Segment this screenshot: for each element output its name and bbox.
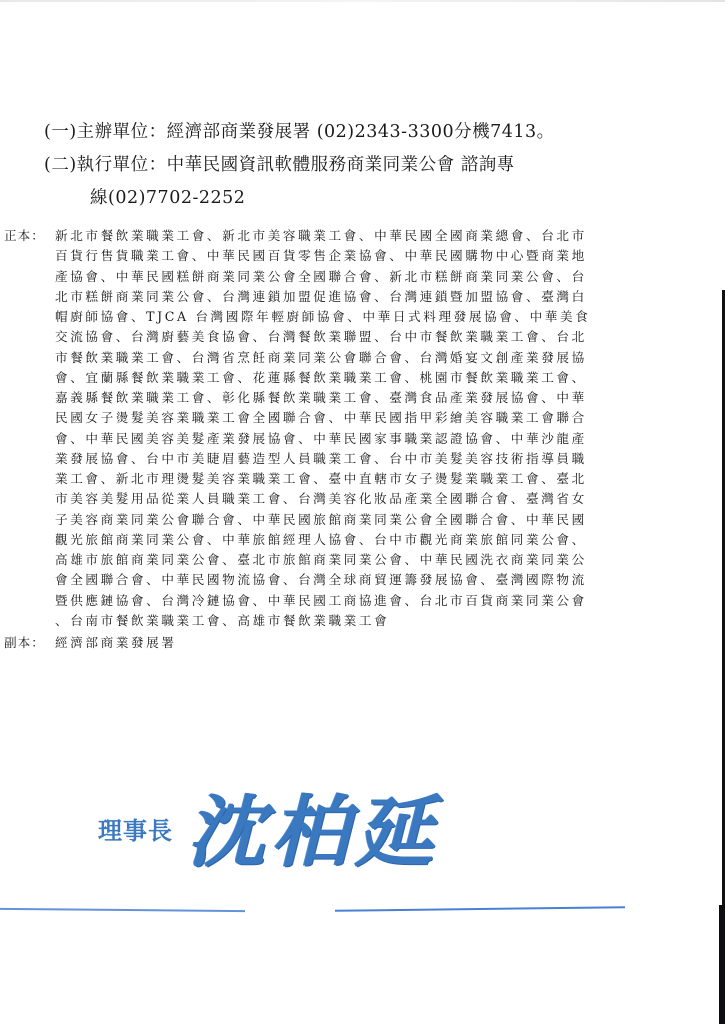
recipient-line: 市美容美髮用品從業人員職業工會、台灣美容化妝品產業全國聯合會、臺灣省女 <box>55 489 624 509</box>
recipient-line: 百貨行售貨職業工會、中華民國百貨零售企業協會、中華民國購物中心暨商業地 <box>55 246 624 266</box>
recipient-line: 嘉義縣餐飲業職業工會、彰化縣餐飲業職業工會、臺灣食品產業發展協會、中華 <box>55 388 624 408</box>
scan-edge-top <box>0 0 725 2</box>
cc-label: 副本： <box>4 633 55 653</box>
recipient-line: 會、宜蘭縣餐飲業職業工會、花蓮縣餐飲業職業工會、桃園市餐飲業職業工會、 <box>55 368 624 388</box>
recipient-line: 帽廚師協會、TJCA 台灣國際年輕廚師協會、中華日式料理發展協會、中華美食 <box>55 307 624 327</box>
cc-list: 經濟部商業發展署 <box>55 633 624 653</box>
recipient-line: 產協會、中華民國糕餅商業同業公會全國聯合會、新北市糕餅商業同業公會、台 <box>55 267 624 287</box>
recipient-line: 市餐飲業職業工會、台灣省烹飪商業同業公會聯合會、台灣婚宴文創產業發展協 <box>55 348 624 368</box>
recipient-line: 業工會、新北市理燙髮美容業職業工會、臺中直轄市女子燙髮業職業工會、臺北 <box>55 469 624 489</box>
signature-rule-right <box>335 906 625 912</box>
recipient-line: 交流協會、台灣廚藝美食協會、台灣餐飲業聯盟、台中市餐飲業職業工會、台北 <box>55 327 624 347</box>
recipient-line: 民國女子燙髮美容業職業工會全國聯合會、中華民國指甲彩繪美容職業工會聯合 <box>55 408 624 428</box>
chairman-name: 沈柏延 <box>187 770 439 882</box>
contact-info: (一)主辦單位：經濟部商業發展署 (02)2343-3300分機7413。 (二… <box>44 116 644 215</box>
chairman-signature-stamp: 理事長 沈柏延 <box>98 770 439 882</box>
hotline-line: 線(02)7702-2252 <box>44 182 644 215</box>
organizer-line: (一)主辦單位：經濟部商業發展署 (02)2343-3300分機7413。 <box>44 116 644 149</box>
recipient-line: 會全國聯合會、中華民國物流協會、台灣全球商貿運籌發展協會、臺灣國際物流 <box>55 570 624 590</box>
recipient-line: 子美容商業同業公會聯合會、中華民國旅館商業同業公會全國聯合會、中華民國 <box>55 510 624 530</box>
recipient-line: 暨供應鏈協會、台灣冷鏈協會、中華民國工商協進會、台北市百貨商業同業公會 <box>55 591 624 611</box>
recipient-line: 、台南市餐飲業職業工會、高雄市餐飲業職業工會 <box>55 611 624 631</box>
recipients-section: 正本： 新北市餐飲業職業工會、新北市美容職業工會、中華民國全國商業總會、台北市 … <box>4 226 624 653</box>
main-recipients-list: 新北市餐飲業職業工會、新北市美容職業工會、中華民國全國商業總會、台北市 百貨行售… <box>55 226 624 631</box>
cc-line: 經濟部商業發展署 <box>55 633 624 653</box>
cc-recipients: 副本： 經濟部商業發展署 <box>4 633 624 653</box>
recipient-line: 觀光旅館商業同業公會、中華旅館經理人協會、台中市觀光商業旅館同業公會、 <box>55 530 624 550</box>
recipient-line: 會、中華民國美容美髮產業發展協會、中華民國家事職業認證協會、中華沙龍產 <box>55 429 624 449</box>
main-recipients-label: 正本： <box>4 226 55 631</box>
executor-line: (二)執行單位：中華民國資訊軟體服務商業同業公會 諮詢專 <box>44 149 644 182</box>
chairman-title: 理事長 <box>98 811 173 846</box>
recipient-line: 新北市餐飲業職業工會、新北市美容職業工會、中華民國全國商業總會、台北市 <box>55 226 624 246</box>
recipient-line: 業發展協會、台中市美睫眉藝造型人員職業工會、台中市美髮美容技術指導員職 <box>55 449 624 469</box>
recipient-line: 高雄市旅館商業同業公會、臺北市旅館商業同業公會、中華民國洗衣商業同業公 <box>55 550 624 570</box>
signature-rule-left <box>0 908 245 912</box>
main-recipients: 正本： 新北市餐飲業職業工會、新北市美容職業工會、中華民國全國商業總會、台北市 … <box>4 226 624 631</box>
scan-border-right-bottom <box>719 905 725 1024</box>
recipient-line: 北市糕餅商業同業公會、台灣連鎖加盟促進協會、台灣連鎖暨加盟協會、臺灣白 <box>55 287 624 307</box>
